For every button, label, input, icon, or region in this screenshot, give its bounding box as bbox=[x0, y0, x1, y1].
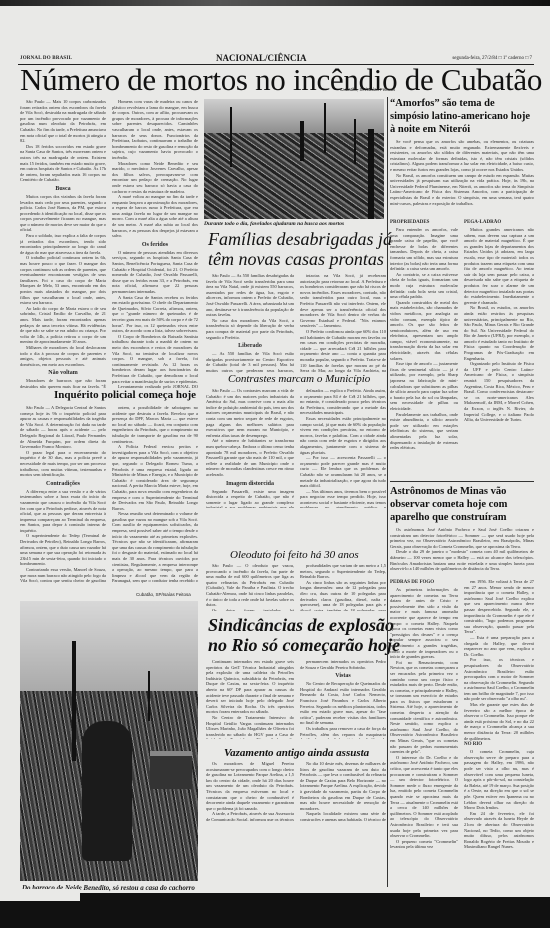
main-headline: Número de mortos no incêndio de Cubatão … bbox=[20, 63, 550, 97]
paragraph: O Corpo de Bombeiros da Baixada Santista… bbox=[112, 334, 198, 384]
subhead-imagem-distorcida: Imagem distorcida bbox=[206, 480, 294, 489]
paragraph: No Centro de Tratamento Intensivo do Hos… bbox=[206, 715, 294, 739]
paragraph: No Centro de Recuperação de Queimados do… bbox=[300, 681, 386, 726]
contrastes-headline: Contrastes marcam o Município bbox=[228, 373, 370, 385]
subhead-no-rio: NO RIO bbox=[464, 741, 534, 749]
amorfos-col1: PROPRIEDADES Para entender os amorfos, v… bbox=[390, 219, 458, 509]
photo1-credit: Cubatão, SP/Isaías Feitosa bbox=[340, 87, 395, 92]
paragraph: Milhares de moradores do local deslocara… bbox=[20, 345, 106, 367]
paper-name: JORNAL DO BRASIL bbox=[20, 56, 72, 61]
paragraph: São Paulo — A Delegacia Central de Santo… bbox=[20, 405, 106, 450]
scan-border-top bbox=[0, 0, 550, 6]
subhead-propriedades: PROPRIEDADES bbox=[390, 219, 458, 227]
contrastes-col1: São Paulo — Os contrastes marcam a vida … bbox=[206, 388, 294, 508]
paragraph: A tarde, a Petrobrás, através de sua Ass… bbox=[206, 811, 294, 821]
familias-headline-2: têm novas casas prontas bbox=[208, 249, 384, 269]
astronomos-headline: Astrônomos de Minas vão observar cometa … bbox=[390, 485, 534, 524]
oleoduto-col2: profundidades que variam de um metro a 1… bbox=[300, 563, 386, 611]
paragraph: Ao lado do corpo de Maria estava o de se… bbox=[20, 306, 106, 345]
paragraph: Os trabalhos para remover a casa de forç… bbox=[300, 726, 386, 739]
familias-headline-1: Famílias desabrigadas já bbox=[208, 229, 392, 249]
paragraph: Quando construídos de metal dos mais est… bbox=[390, 300, 458, 362]
paragraph: Continuam internados em estado grave sei… bbox=[206, 659, 294, 715]
paragraph: Muitos corpos dos vizinhos da favela for… bbox=[20, 194, 106, 233]
subhead-liberado: Liberado bbox=[206, 342, 294, 351]
subhead-feridos: Os feridos bbox=[112, 241, 198, 250]
date-info: segunda-feira, 27/2/84 □ 1º caderno □ 7 bbox=[452, 56, 532, 61]
paragraph: São Paulo — Os contrastes marcam a vida … bbox=[206, 388, 294, 438]
vazamento-col2: No dia 10 deste mês, dezenas de milhares… bbox=[300, 761, 386, 821]
scan-border-bottom bbox=[0, 893, 550, 928]
contrastes-col2: defasados — explica o Prefeito. Ainda as… bbox=[300, 388, 386, 508]
paragraph: Essas necessidades estão principalmente … bbox=[300, 416, 386, 455]
paragraph: O número de pessoas atendidas em diverso… bbox=[112, 250, 198, 295]
section-divider bbox=[390, 481, 534, 482]
paragraph: No dia 10 deste mês, dezenas de milhares… bbox=[300, 761, 386, 811]
paragraph: — Esta é uma preparação para a chegada d… bbox=[464, 635, 534, 657]
sindicancias-col1: Continuam internados em estado grave sei… bbox=[206, 659, 294, 739]
paragraph: Moradores de barracos que não foram dest… bbox=[20, 378, 106, 389]
paragraph: O superintendente do Tedep (Terminal de … bbox=[20, 533, 106, 567]
vazamento-headline: Vazamento antigo ainda assusta bbox=[224, 747, 369, 759]
paragraph: profundidades que variam de um metro a 1… bbox=[300, 563, 386, 580]
paragraph: Mas ele garante que estes dias de fevere… bbox=[464, 702, 534, 741]
amorfos-headline: “Amorfos” são tema de simpósio latino-am… bbox=[390, 97, 534, 136]
paragraph: A maré voltou ao mangue no fim da tarde … bbox=[112, 194, 198, 239]
paragraph: As cinco linhas são as seguintes linhas … bbox=[300, 580, 386, 611]
vazamento-col1: Os moradores de Miguel Pereira acostumar… bbox=[206, 761, 294, 821]
main-story-col2: Homens com varas de madeira ou canos de … bbox=[112, 99, 198, 389]
photo-rubble bbox=[204, 99, 384, 219]
paragraph: Nessa reunião será determinado o volume … bbox=[112, 511, 198, 585]
paragraph: São Paulo — As 550 famílias desabrigadas… bbox=[206, 273, 294, 318]
sindicancias-headline-2: no Rio só começarão hoje bbox=[208, 635, 400, 655]
astronomos-col1: PEDRAS DE FOGO As primeiras informações … bbox=[390, 579, 458, 881]
paragraph: As primeiras informações do aparecimento… bbox=[390, 587, 458, 660]
inquerito-headline: Inquérito policial começa hoje bbox=[54, 389, 196, 401]
familias-col2: intactas na Vila Socó, já receberam auto… bbox=[300, 273, 386, 373]
paragraph: Em 24 de fevereiro, ele foi observado at… bbox=[464, 811, 534, 850]
paragraph: Desde o dia 29 de janeiro o "modesto" co… bbox=[390, 549, 534, 571]
inquerito-col1: São Paulo — A Delegacia Central de Santo… bbox=[20, 405, 106, 585]
photo-neide-benedito bbox=[20, 601, 198, 881]
inquerito-col2: ontem, a possibilidade de sabotagem no a… bbox=[112, 405, 198, 585]
paragraph: Por isso, os técnicos e pesquisadores do… bbox=[464, 657, 534, 702]
sindicancias-headline-1: Sindicâncias de explosão bbox=[208, 615, 394, 635]
paragraph: São Paulo — Mais 10 corpos carbonizados … bbox=[20, 99, 106, 144]
paragraph: Os moradores de Miguel Pereira acostumar… bbox=[206, 761, 294, 811]
paragraph: intactas na Vila Socó, já receberam auto… bbox=[300, 273, 386, 329]
oleoduto-col1: São Paulo — O oleoduto que vazou, provoc… bbox=[206, 563, 294, 611]
paragraph: Homens com varas de madeira ou canos de … bbox=[112, 99, 198, 161]
column-divider bbox=[387, 97, 388, 887]
paragraph: Os astrônomos José Antônio Pacheco e Sau… bbox=[390, 527, 534, 549]
paragraph: No Brasil, os amorfos constituem um camp… bbox=[390, 173, 534, 207]
paragraph: permanecem internados os operários Pedro… bbox=[300, 659, 386, 670]
paragraph: Moradores como Neide Benedito e seu mari… bbox=[112, 161, 198, 195]
paragraph: Até o número de habitantes se transforma… bbox=[206, 438, 294, 477]
paragraph: O trabalho policial continuou ontem às 6… bbox=[20, 255, 106, 305]
paragraph: em 1956. Ele voltará à Terra de 27 em 27… bbox=[464, 579, 534, 635]
paragraph: Ao contrário, se a caixa estivesse cheia… bbox=[390, 272, 458, 300]
paragraph: — Por isso — acrescenta Passarelli — o o… bbox=[300, 455, 386, 489]
sindicancias-col2: permanecem internados os operários Pedro… bbox=[300, 659, 386, 739]
paragraph: A diferença entre a sua versão e a de vá… bbox=[20, 489, 106, 534]
familias-col1: São Paulo — As 550 famílias desabrigadas… bbox=[206, 273, 294, 373]
paragraph: A Polícia Federal enviou peritos e inves… bbox=[112, 444, 198, 511]
paragraph: Dos 18 feridos socorridos em estado grav… bbox=[20, 144, 106, 183]
paragraph: — Nos últimos anos, tivemos bem o possív… bbox=[300, 489, 386, 508]
photo1-caption: Durante todo o dia, favelados ajudaram n… bbox=[204, 221, 344, 227]
amorfos-lead: Se você pensa que os amorfos são amebas,… bbox=[390, 139, 534, 219]
paragraph: No caso dos moradores da Vila Socó, a tr… bbox=[206, 318, 294, 340]
paragraph: Naquela localidade existem uma série de … bbox=[300, 811, 386, 821]
paragraph: Organizado pelo Instituto de Física da U… bbox=[464, 361, 534, 423]
newspaper-page: JORNAL DO BRASIL NACIONAL/CIÊNCIA segund… bbox=[18, 55, 534, 890]
subhead-pedras-de-fogo: PEDRAS DE FOGO bbox=[390, 579, 458, 587]
paragraph: defasados — explica o Prefeito. Ainda as… bbox=[300, 388, 386, 416]
paragraph: O Prefeito confirmou ainda que 60% dos 1… bbox=[300, 329, 386, 373]
subhead-vistas: Vistas bbox=[300, 672, 386, 681]
paragraph: Para o soldado, isso explica a falta de … bbox=[20, 233, 106, 255]
paragraph: O pequeno cometa "Crommelin" levantou pe… bbox=[390, 839, 458, 850]
paragraph: Os dutos foram instalados há aproximadam… bbox=[206, 608, 294, 611]
photo2-credit: Cubatão, SP/Isaías Feitosa bbox=[136, 592, 191, 597]
subhead-pega-ladrao: PEGA-LADRÃO bbox=[464, 219, 534, 227]
paragraph: No Brasil, os estudos, os amorfos ainda … bbox=[464, 305, 534, 361]
paragraph: Foi no Renascimento, com Newton, que os … bbox=[390, 660, 458, 755]
oleoduto-headline: Oleoduto foi feito há 30 anos bbox=[230, 549, 359, 561]
paragraph: Para entender os amorfos, vale uma compa… bbox=[390, 227, 458, 272]
paragraph: O prazo legal para o encerramento do inq… bbox=[20, 450, 106, 478]
paragraph: Paralelamente aos trabalhos, onde existe… bbox=[390, 412, 458, 451]
paragraph: Contrariando essa versão, Manoel de Souz… bbox=[20, 567, 106, 585]
subhead-nao-voltam: Não voltam bbox=[20, 369, 106, 378]
main-story-col1: São Paulo — Mais 10 corpos carbonizados … bbox=[20, 99, 106, 389]
paragraph: São Paulo — O oleoduto que vazou, provoc… bbox=[206, 563, 294, 608]
paragraph: Muitos grandes americanos não sabem, mas… bbox=[464, 227, 534, 305]
amorfos-col2: PEGA-LADRÃO Muitos grandes americanos nã… bbox=[464, 219, 534, 509]
paragraph: O cometa Crommelin, cuja observação serv… bbox=[464, 749, 534, 811]
subhead-busca: Busca bbox=[20, 185, 106, 194]
astronomos-col2: em 1956. Ele voltará à Terra de 27 em 27… bbox=[464, 579, 534, 881]
paragraph: ontem, a possibilidade de sabotagem no a… bbox=[112, 405, 198, 444]
astronomos-lead: Os astrônomos José Antônio Pacheco e Sau… bbox=[390, 527, 534, 577]
paragraph: Se você pensa que os amorfos são amebas,… bbox=[390, 139, 534, 173]
paragraph: Segundo Passarelli, existe uma imagem di… bbox=[206, 489, 294, 509]
paragraph: O interesse do Dr. Coelho e do astrônomo… bbox=[390, 755, 458, 839]
paragraph: A Santa Casa de Santos recebeu os ferido… bbox=[112, 295, 198, 334]
paragraph: Esse tipo de amorfo — justamente fixas d… bbox=[390, 361, 458, 411]
paragraph: — As 550 famílias de Vila Socó estão abr… bbox=[206, 351, 294, 373]
subhead-contradicoes: Contradições bbox=[20, 480, 106, 489]
